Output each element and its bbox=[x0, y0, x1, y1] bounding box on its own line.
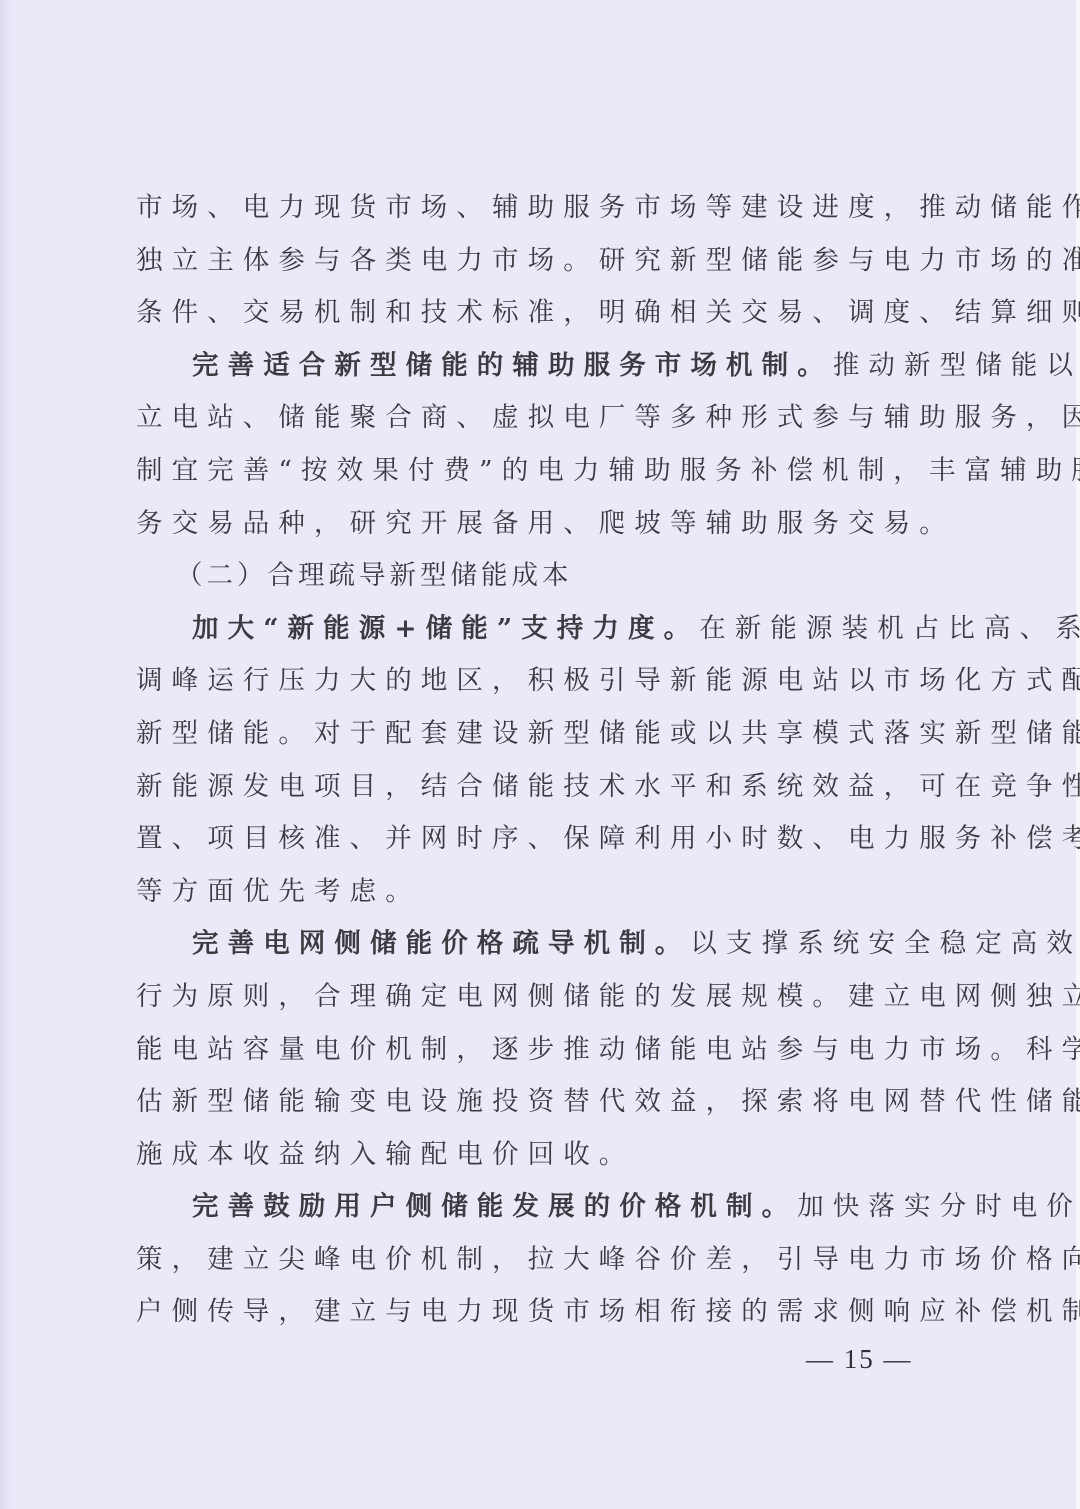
paragraph-text: 以支撑系统安全稳定高效运 bbox=[690, 928, 1080, 959]
text-line: 条件、交易机制和技术标准，明确相关交易、调度、结算细则。 bbox=[136, 287, 918, 340]
paragraph-user-side-first-line: 完善鼓励用户侧储能发展的价格机制。加快落实分时电价政 bbox=[136, 1181, 918, 1234]
paragraph-grid-side-first-line: 完善电网侧储能价格疏导机制。以支撑系统安全稳定高效运 bbox=[136, 918, 918, 971]
text-line: 制宜完善“按效果付费”的电力辅助服务补偿机制，丰富辅助服 bbox=[136, 445, 918, 498]
paragraph-text: 在新能源装机占比高、系统 bbox=[699, 613, 1080, 644]
paragraph-lead-heading: 加大“新能源+储能”支持力度。 bbox=[192, 613, 699, 644]
text-line: 立电站、储能聚合商、虚拟电厂等多种形式参与辅助服务，因地 bbox=[136, 392, 918, 445]
text-line: 调峰运行压力大的地区，积极引导新能源电站以市场化方式配置 bbox=[136, 655, 918, 708]
paragraph-text: 推动新型储能以独 bbox=[833, 350, 1080, 381]
text-line: 置、项目核准、并网时序、保障利用小时数、电力服务补偿考核 bbox=[136, 813, 918, 866]
paragraph-auxiliary-services-first-line: 完善适合新型储能的辅助服务市场机制。推动新型储能以独 bbox=[136, 340, 918, 393]
paragraph-lead-heading: 完善电网侧储能价格疏导机制。 bbox=[192, 928, 690, 959]
text-line: 行为原则，合理确定电网侧储能的发展规模。建立电网侧独立储 bbox=[136, 971, 918, 1024]
text-line: 估新型储能输变电设施投资替代效益，探索将电网替代性储能设 bbox=[136, 1076, 918, 1129]
text-line: 新能源发电项目，结合储能技术水平和系统效益，可在竞争性配 bbox=[136, 761, 918, 814]
section-heading: （二）合理疏导新型储能成本 bbox=[136, 550, 918, 603]
text-line: 施成本收益纳入输配电价回收。 bbox=[136, 1129, 918, 1182]
text-line: 户侧传导，建立与电力现货市场相衔接的需求侧响应补偿机制， bbox=[136, 1286, 918, 1339]
text-line: 新型储能。对于配套建设新型储能或以共享模式落实新型储能的 bbox=[136, 708, 918, 761]
text-line: 独立主体参与各类电力市场。研究新型储能参与电力市场的准入 bbox=[136, 235, 918, 288]
text-line: 等方面优先考虑。 bbox=[136, 866, 918, 919]
text-line: 市场、电力现货市场、辅助服务市场等建设进度，推动储能作为 bbox=[136, 182, 918, 235]
paragraph-lead-heading: 完善适合新型储能的辅助服务市场机制。 bbox=[192, 350, 833, 381]
paragraph-text: 加快落实分时电价政 bbox=[797, 1191, 1080, 1222]
paragraph-lead-heading: 完善鼓励用户侧储能发展的价格机制。 bbox=[192, 1191, 797, 1222]
text-line: 能电站容量电价机制，逐步推动储能电站参与电力市场。科学评 bbox=[136, 1024, 918, 1077]
document-body: 市场、电力现货市场、辅助服务市场等建设进度，推动储能作为 独立主体参与各类电力市… bbox=[136, 182, 918, 1339]
page-number: — 15 — bbox=[806, 1344, 913, 1375]
page-edge-shadow bbox=[0, 0, 12, 1509]
paragraph-renewable-first-line: 加大“新能源+储能”支持力度。在新能源装机占比高、系统 bbox=[136, 603, 918, 656]
page-edge-highlight bbox=[1076, 0, 1080, 1509]
text-line: 务交易品种，研究开展备用、爬坡等辅助服务交易。 bbox=[136, 498, 918, 551]
text-line: 策，建立尖峰电价机制，拉大峰谷价差，引导电力市场价格向用 bbox=[136, 1234, 918, 1287]
